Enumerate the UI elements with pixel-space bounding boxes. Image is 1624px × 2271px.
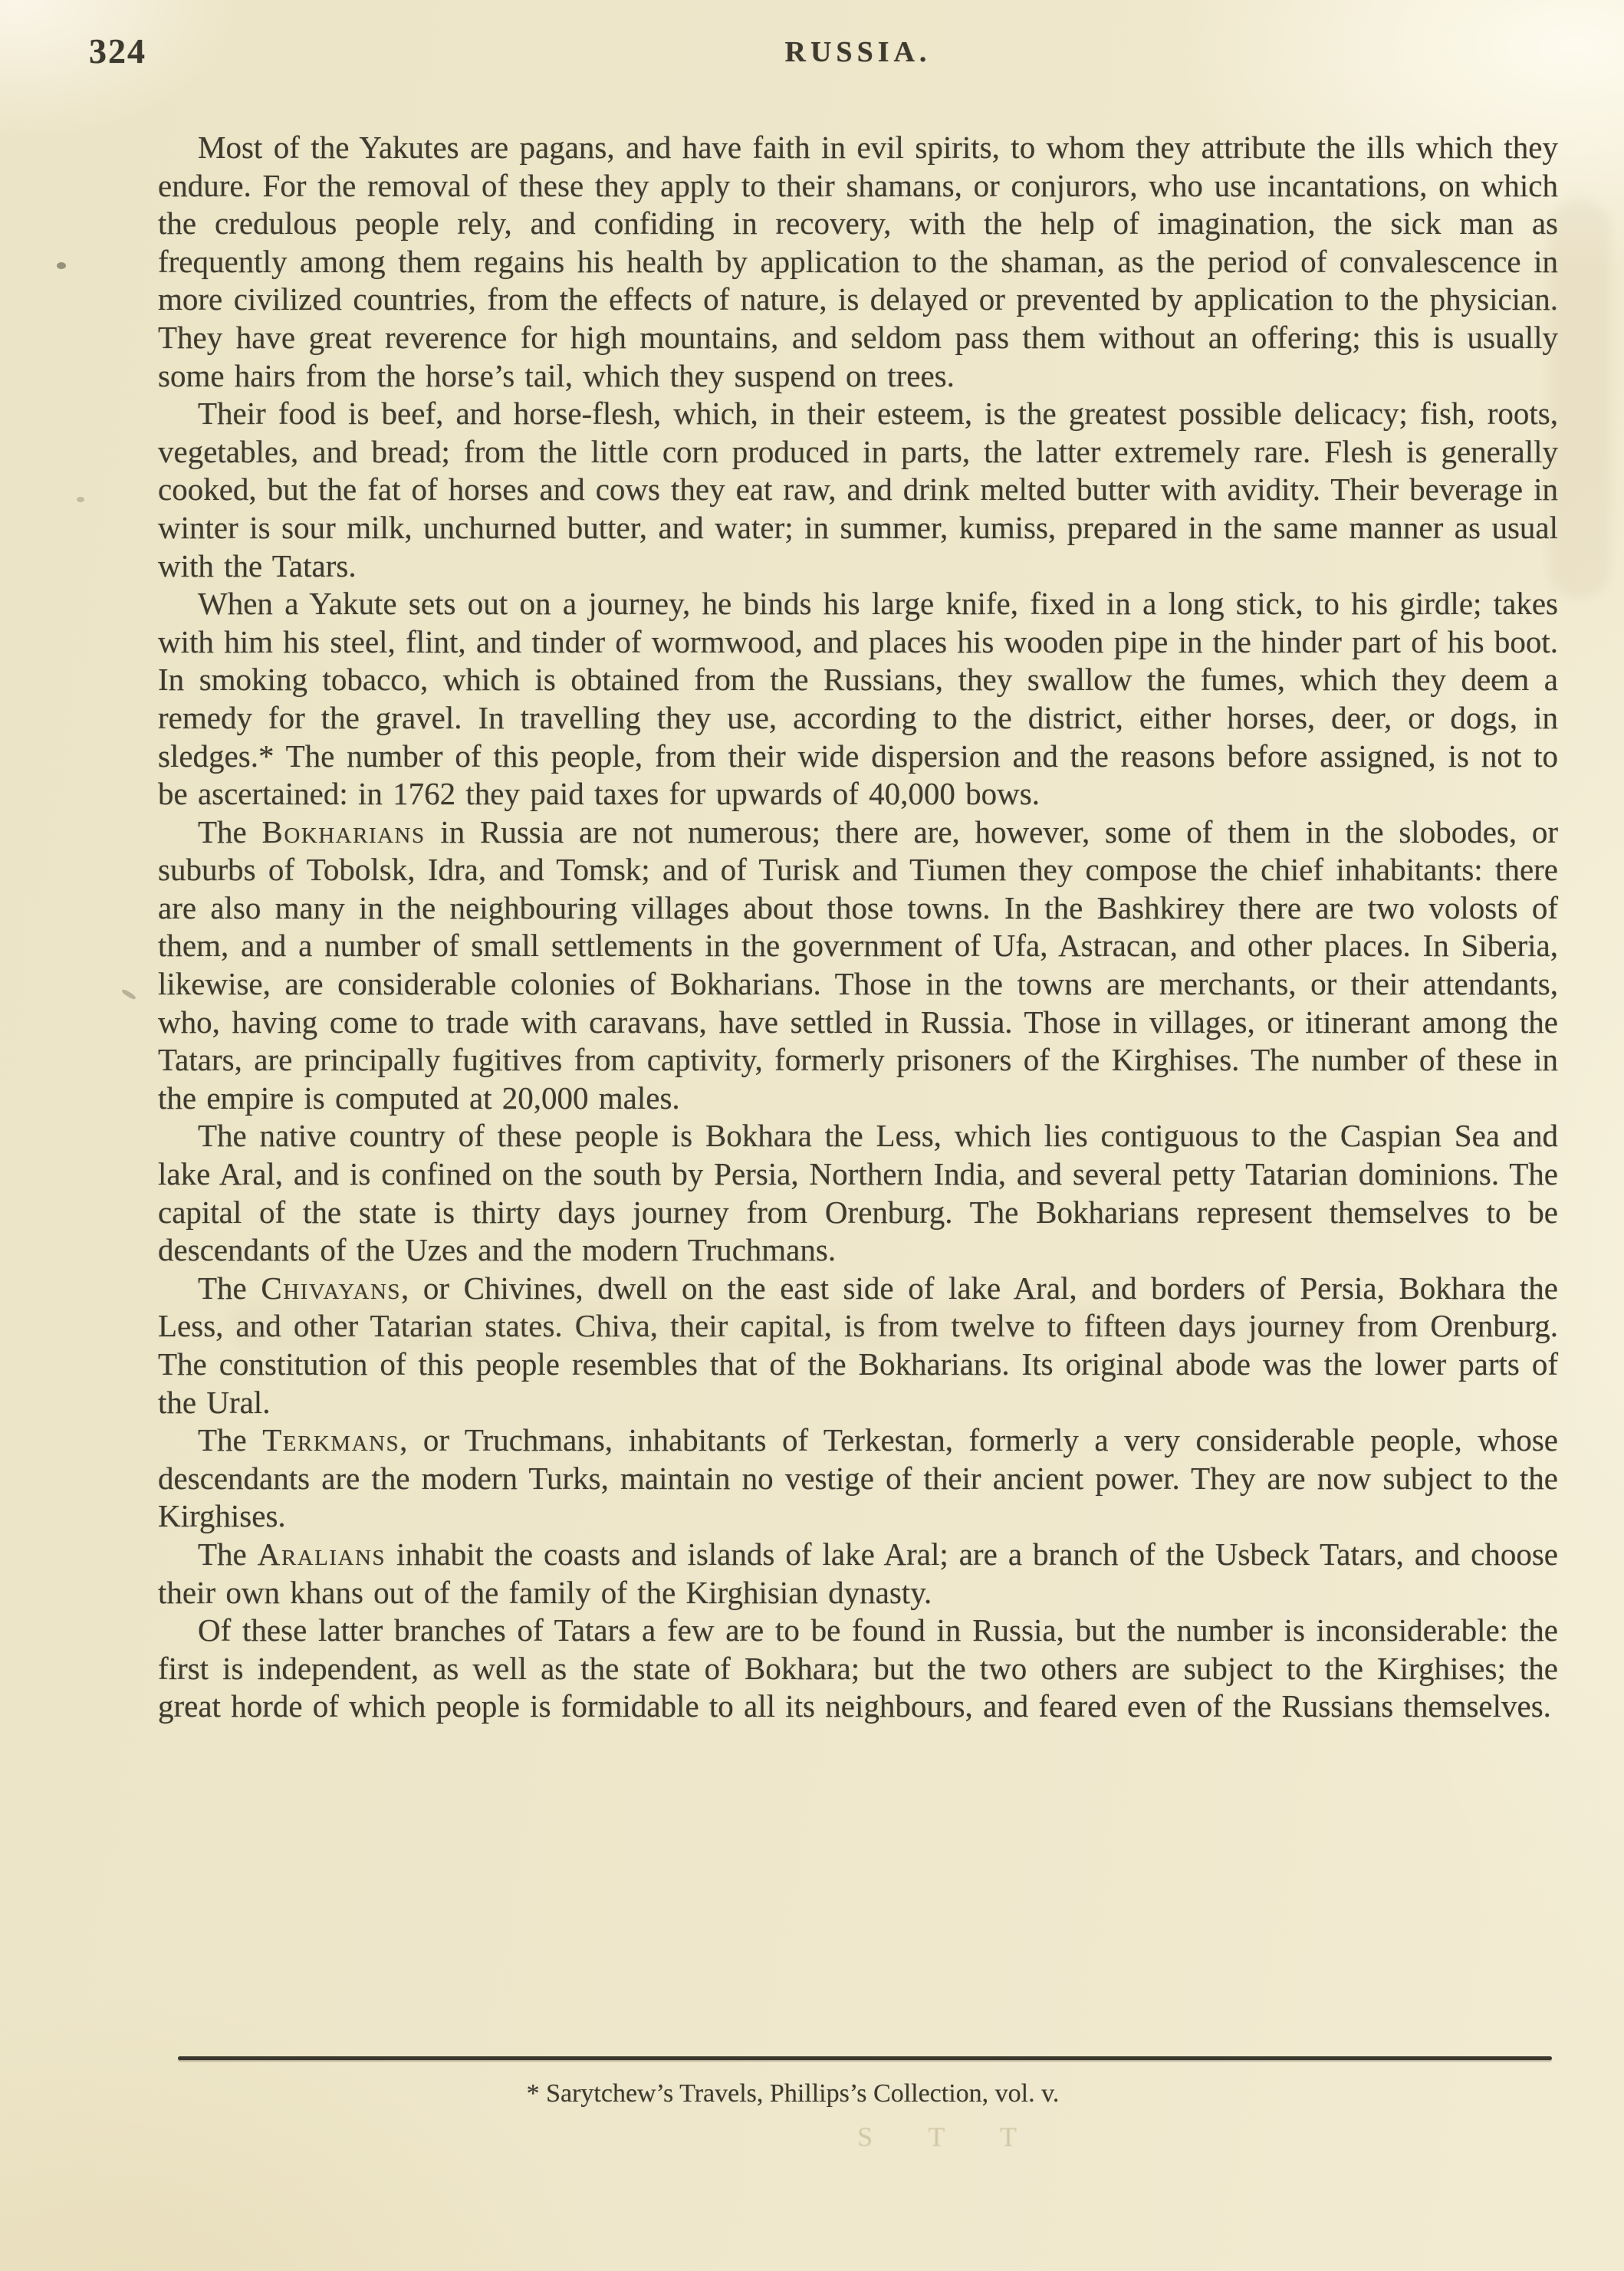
text-segment: Of these latter branches of Tatars a few…	[158, 1612, 1558, 1724]
text-segment: Most of the Yakutes are pagans, and have…	[158, 130, 1558, 393]
bleedthrough-mark: S T T	[857, 2121, 1041, 2153]
text-segment: The	[198, 814, 261, 850]
text-segment: When a Yakute sets out on a journey, he …	[158, 586, 1558, 811]
paragraph: The Terkmans, or Truchmans, inhabitants …	[158, 1421, 1558, 1536]
paragraph: Most of the Yakutes are pagans, and have…	[158, 129, 1558, 395]
small-caps-ethnonym: Terkmans	[262, 1422, 399, 1458]
paragraph: The native country of these people is Bo…	[158, 1117, 1558, 1269]
text-segment: in Russia are not numerous; there are, h…	[158, 814, 1558, 1116]
small-caps-ethnonym: Chivayans	[261, 1270, 401, 1306]
text-segment: The	[198, 1536, 258, 1572]
body-text: Most of the Yakutes are pagans, and have…	[158, 129, 1558, 1726]
paragraph: The Aralians inhabit the coasts and isla…	[158, 1536, 1558, 1612]
ink-speck	[77, 497, 84, 502]
text-segment: Their food is beef, and horse-flesh, whi…	[158, 396, 1558, 583]
ink-speck	[57, 262, 66, 269]
footnote: * Sarytchew’s Travels, Phillips’s Collec…	[93, 2079, 1493, 2108]
scan-smudge	[1549, 199, 1610, 598]
footnote-rule	[178, 2056, 1552, 2060]
ink-speck	[121, 988, 136, 1001]
page-number: 324	[89, 31, 146, 71]
text-segment: The	[198, 1270, 261, 1306]
scan-smudge	[230, 1303, 1380, 1349]
book-page: 324 RUSSIA. Most of the Yakutes are paga…	[0, 0, 1624, 2271]
paragraph: The Bokharians in Russia are not numerou…	[158, 813, 1558, 1118]
small-caps-ethnonym: Aralians	[258, 1536, 386, 1572]
paragraph: When a Yakute sets out on a journey, he …	[158, 585, 1558, 813]
small-caps-ethnonym: Bokharians	[261, 814, 425, 850]
paragraph: Of these latter branches of Tatars a few…	[158, 1612, 1558, 1726]
text-segment: The	[198, 1422, 262, 1458]
text-segment: The native country of these people is Bo…	[158, 1118, 1558, 1267]
paragraph: Their food is beef, and horse-flesh, whi…	[158, 395, 1558, 585]
running-header: RUSSIA.	[158, 35, 1558, 69]
